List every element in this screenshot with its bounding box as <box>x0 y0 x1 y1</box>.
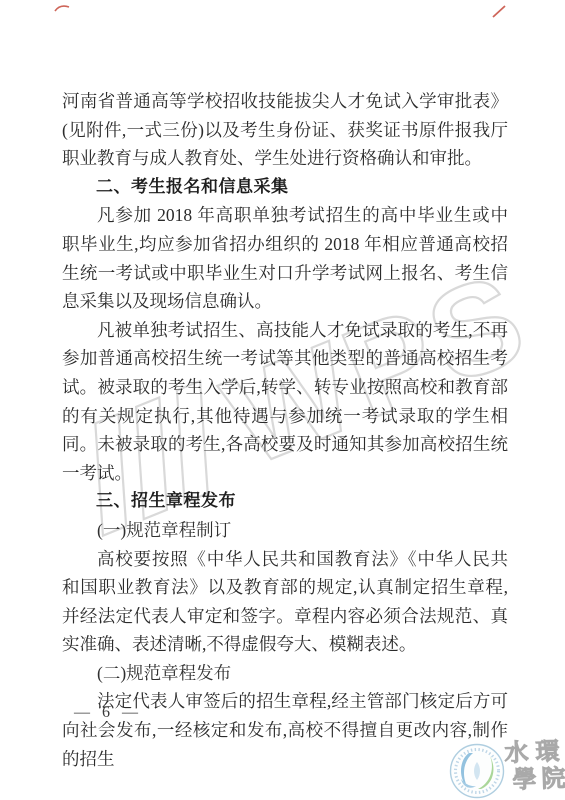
section-heading-3: 三、招生章程发布 <box>62 487 508 516</box>
paragraph: 凡被单独考试招生、高技能人才免试录取的考生,不再参加普通高校招生统一考试等其他类… <box>62 316 508 488</box>
seal-text-line1: 水環 <box>504 739 565 768</box>
section-heading-2: 二、考生报名和信息采集 <box>62 173 508 202</box>
paragraph: 法定代表人审签后的招生章程,经主管部门核定后方可向社会发布,一经核定和发布,高校… <box>62 687 508 773</box>
red-scan-mark-right <box>490 4 510 20</box>
red-scan-mark-left <box>54 2 74 16</box>
seal-text: 水環 學院 <box>504 739 565 795</box>
seal-emblem-icon <box>448 742 506 800</box>
seal-text-line2: 學院 <box>512 766 565 795</box>
document-body: 河南省普通高等学校招收技能拔尖人才免试入学审批表》(见附件,一式三份)以及考生身… <box>62 87 508 773</box>
college-seal: 水環 學院 <box>448 740 565 800</box>
document-page: WPS 河南省普通高等学校招收技能拔尖人才免试入学审批表》(见附件,一式三份)以… <box>0 0 565 800</box>
paragraph: 凡参加 2018 年高职单独考试招生的高中毕业生或中职毕业生,均应参加省招办组织… <box>62 201 508 315</box>
sub-heading-1: (一)规范章程制订 <box>62 516 508 545</box>
paragraph-continuation: 河南省普通高等学校招收技能拔尖人才免试入学审批表》(见附件,一式三份)以及考生身… <box>62 87 508 173</box>
page-number: — 6 — <box>74 704 142 722</box>
sub-heading-2: (二)规范章程发布 <box>62 659 508 688</box>
paragraph: 高校要按照《中华人民共和国教育法》《中华人民共和国职业教育法》以及教育部的规定,… <box>62 545 508 659</box>
